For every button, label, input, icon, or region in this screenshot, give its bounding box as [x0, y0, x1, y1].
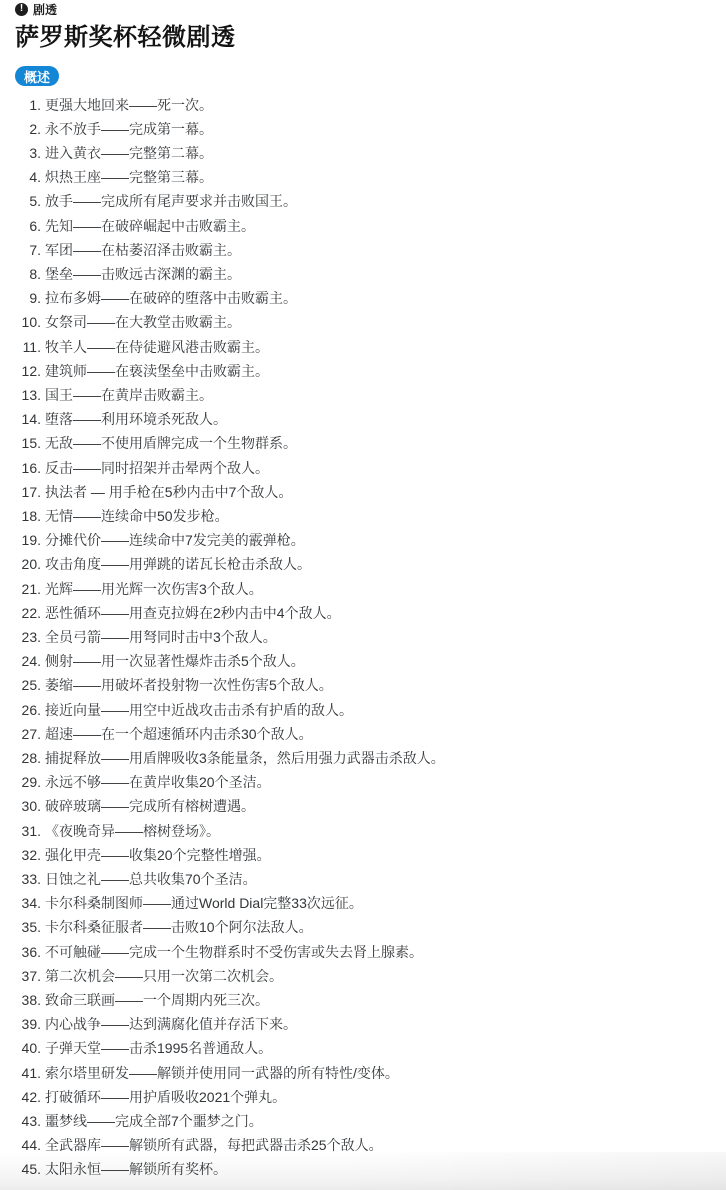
list-item-text: 第二次机会——只用一次第二次机会。	[45, 964, 711, 988]
list-item: 6.先知——在破碎崛起中击败霸主。	[15, 214, 711, 238]
list-item: 18.无情——连续命中50发步枪。	[15, 504, 711, 528]
list-item-text: 强化甲壳——收集20个完整性增强。	[45, 843, 711, 867]
list-item-text: 噩梦线——完成全部7个噩梦之门。	[45, 1109, 711, 1133]
list-item-text: 卡尔科桑征服者——击败10个阿尔法敌人。	[45, 915, 711, 939]
list-item-text: 致命三联画——一个周期内死三次。	[45, 988, 711, 1012]
list-item: 44.全武器库——解锁所有武器，每把武器击杀25个敌人。	[15, 1133, 711, 1157]
list-item-text: 不可触碰——完成一个生物群系时不受伤害或失去肾上腺素。	[45, 940, 711, 964]
list-item: 31.《夜晚奇异——榕树登场》。	[15, 819, 711, 843]
list-item: 38.致命三联画——一个周期内死三次。	[15, 988, 711, 1012]
list-item-text: 先知——在破碎崛起中击败霸主。	[45, 214, 711, 238]
list-item: 15.无敌——不使用盾牌完成一个生物群系。	[15, 431, 711, 455]
list-item: 24.侧射——用一次显著性爆炸击杀5个敌人。	[15, 649, 711, 673]
list-item-text: 子弹天堂——击杀1995名普通敌人。	[45, 1036, 711, 1060]
list-item-number: 36.	[15, 940, 41, 964]
list-item-text: 堡垒——击败远古深渊的霸主。	[45, 262, 711, 286]
list-item-text: 太阳永恒——解锁所有奖杯。	[45, 1157, 711, 1181]
list-item-number: 2.	[15, 117, 41, 141]
list-item: 13.国王——在黄岸击败霸主。	[15, 383, 711, 407]
list-item-text: 国王——在黄岸击败霸主。	[45, 383, 711, 407]
list-item: 22.恶性循环——用查克拉姆在2秒内击中4个敌人。	[15, 601, 711, 625]
list-item: 43.噩梦线——完成全部7个噩梦之门。	[15, 1109, 711, 1133]
list-item-text: 永远不够——在黄岸收集20个圣洁。	[45, 770, 711, 794]
list-item-text: 接近向量——用空中近战攻击击杀有护盾的敌人。	[45, 698, 711, 722]
list-item: 5.放手——完成所有尾声要求并击败国王。	[15, 189, 711, 213]
overview-badge: 概述	[15, 66, 59, 86]
list-item-text: 无敌——不使用盾牌完成一个生物群系。	[45, 431, 711, 455]
list-item-text: 放手——完成所有尾声要求并击败国王。	[45, 189, 711, 213]
list-item-number: 39.	[15, 1012, 41, 1036]
list-item-number: 35.	[15, 915, 41, 939]
list-item-number: 4.	[15, 165, 41, 189]
list-item-text: 牧羊人——在侍徒避风港击败霸主。	[45, 335, 711, 359]
list-item-number: 17.	[15, 480, 41, 504]
list-item: 17.执法者 — 用手枪在5秒内击中7个敌人。	[15, 480, 711, 504]
list-item: 39.内心战争——达到满腐化值并存活下来。	[15, 1012, 711, 1036]
list-item: 26.接近向量——用空中近战攻击击杀有护盾的敌人。	[15, 698, 711, 722]
list-item-number: 26.	[15, 698, 41, 722]
list-item: 23.全员弓箭——用弩同时击中3个敌人。	[15, 625, 711, 649]
list-item-number: 20.	[15, 552, 41, 576]
list-item-number: 8.	[15, 262, 41, 286]
list-item-text: 内心战争——达到满腐化值并存活下来。	[45, 1012, 711, 1036]
list-item-number: 9.	[15, 286, 41, 310]
list-item-number: 11.	[15, 335, 41, 359]
list-item: 11.牧羊人——在侍徒避风港击败霸主。	[15, 335, 711, 359]
list-item: 33.日蚀之礼——总共收集70个圣洁。	[15, 867, 711, 891]
list-item-text: 无情——连续命中50发步枪。	[45, 504, 711, 528]
list-item-text: 堕落——利用环境杀死敌人。	[45, 407, 711, 431]
list-item-text: 捕捉释放——用盾牌吸收3条能量条，然后用强力武器击杀敌人。	[45, 746, 711, 770]
list-item-text: 《夜晚奇异——榕树登场》。	[45, 819, 711, 843]
list-item-number: 14.	[15, 407, 41, 431]
list-item-number: 31.	[15, 819, 41, 843]
list-item-text: 女祭司——在大教堂击败霸主。	[45, 310, 711, 334]
list-item-text: 萎缩——用破坏者投射物一次性伤害5个敌人。	[45, 673, 711, 697]
list-item-text: 恶性循环——用查克拉姆在2秒内击中4个敌人。	[45, 601, 711, 625]
list-item-number: 10.	[15, 310, 41, 334]
list-item-number: 15.	[15, 431, 41, 455]
list-item-number: 32.	[15, 843, 41, 867]
list-item: 12.建筑师——在亵渎堡垒中击败霸主。	[15, 359, 711, 383]
list-item-number: 18.	[15, 504, 41, 528]
list-item-number: 44.	[15, 1133, 41, 1157]
list-item-number: 23.	[15, 625, 41, 649]
spoiler-tag: ! 剧透	[15, 2, 711, 16]
list-item: 14.堕落——利用环境杀死敌人。	[15, 407, 711, 431]
list-item-number: 12.	[15, 359, 41, 383]
list-item: 10.女祭司——在大教堂击败霸主。	[15, 310, 711, 334]
list-item: 3.进入黄衣——完整第二幕。	[15, 141, 711, 165]
list-item-text: 建筑师——在亵渎堡垒中击败霸主。	[45, 359, 711, 383]
list-item-text: 炽热王座——完整第三幕。	[45, 165, 711, 189]
page-title: 萨罗斯奖杯轻微剧透	[15, 23, 711, 53]
list-item-number: 1.	[15, 93, 41, 117]
list-item-number: 38.	[15, 988, 41, 1012]
list-item-text: 军团——在枯萎沼泽击败霸主。	[45, 238, 711, 262]
list-item-number: 16.	[15, 456, 41, 480]
list-item-text: 全员弓箭——用弩同时击中3个敌人。	[45, 625, 711, 649]
list-item-number: 45.	[15, 1157, 41, 1181]
list-item-number: 28.	[15, 746, 41, 770]
article-page: ! 剧透 萨罗斯奖杯轻微剧透 概述 1.更强大地回来——死一次。2.永不放手——…	[0, 0, 726, 1182]
list-item-text: 日蚀之礼——总共收集70个圣洁。	[45, 867, 711, 891]
list-item-text: 执法者 — 用手枪在5秒内击中7个敌人。	[45, 480, 711, 504]
list-item-number: 43.	[15, 1109, 41, 1133]
list-item: 40.子弹天堂——击杀1995名普通敌人。	[15, 1036, 711, 1060]
list-item-text: 光辉——用光辉一次伤害3个敌人。	[45, 577, 711, 601]
list-item: 30.破碎玻璃——完成所有榕树遭遇。	[15, 794, 711, 818]
list-item-text: 破碎玻璃——完成所有榕树遭遇。	[45, 794, 711, 818]
list-item-number: 22.	[15, 601, 41, 625]
list-item: 21.光辉——用光辉一次伤害3个敌人。	[15, 577, 711, 601]
list-item-number: 33.	[15, 867, 41, 891]
list-item: 9.拉布多姆——在破碎的堕落中击败霸主。	[15, 286, 711, 310]
trophy-list: 1.更强大地回来——死一次。2.永不放手——完成第一幕。3.进入黄衣——完整第二…	[15, 93, 711, 1182]
list-item-number: 30.	[15, 794, 41, 818]
list-item: 29.永远不够——在黄岸收集20个圣洁。	[15, 770, 711, 794]
list-item-text: 超速——在一个超速循环内击杀30个敌人。	[45, 722, 711, 746]
list-item-number: 42.	[15, 1085, 41, 1109]
list-item-number: 6.	[15, 214, 41, 238]
list-item-text: 永不放手——完成第一幕。	[45, 117, 711, 141]
list-item: 36.不可触碰——完成一个生物群系时不受伤害或失去肾上腺素。	[15, 940, 711, 964]
list-item: 16.反击——同时招架并击晕两个敌人。	[15, 456, 711, 480]
list-item: 42.打破循环——用护盾吸收2021个弹丸。	[15, 1085, 711, 1109]
list-item-text: 全武器库——解锁所有武器，每把武器击杀25个敌人。	[45, 1133, 711, 1157]
list-item: 37.第二次机会——只用一次第二次机会。	[15, 964, 711, 988]
list-item: 4.炽热王座——完整第三幕。	[15, 165, 711, 189]
list-item: 28.捕捉释放——用盾牌吸收3条能量条，然后用强力武器击杀敌人。	[15, 746, 711, 770]
list-item-text: 攻击角度——用弹跳的诺瓦长枪击杀敌人。	[45, 552, 711, 576]
spoiler-tag-label: 剧透	[33, 1, 57, 18]
list-item: 8.堡垒——击败远古深渊的霸主。	[15, 262, 711, 286]
list-item-number: 3.	[15, 141, 41, 165]
list-item-number: 37.	[15, 964, 41, 988]
list-item: 2.永不放手——完成第一幕。	[15, 117, 711, 141]
list-item-text: 打破循环——用护盾吸收2021个弹丸。	[45, 1085, 711, 1109]
list-item-number: 29.	[15, 770, 41, 794]
list-item-number: 21.	[15, 577, 41, 601]
list-item: 41.索尔塔里研发——解锁并使用同一武器的所有特性/变体。	[15, 1061, 711, 1085]
list-item-number: 24.	[15, 649, 41, 673]
list-item-text: 拉布多姆——在破碎的堕落中击败霸主。	[45, 286, 711, 310]
list-item: 34.卡尔科桑制图师——通过World Dial完整33次远征。	[15, 891, 711, 915]
list-item: 19.分摊代价——连续命中7发完美的霰弹枪。	[15, 528, 711, 552]
list-item-number: 40.	[15, 1036, 41, 1060]
list-item-text: 索尔塔里研发——解锁并使用同一武器的所有特性/变体。	[45, 1061, 711, 1085]
list-item: 25.萎缩——用破坏者投射物一次性伤害5个敌人。	[15, 673, 711, 697]
list-item-number: 27.	[15, 722, 41, 746]
list-item: 32.强化甲壳——收集20个完整性增强。	[15, 843, 711, 867]
list-item-text: 更强大地回来——死一次。	[45, 93, 711, 117]
list-item-text: 分摊代价——连续命中7发完美的霰弹枪。	[45, 528, 711, 552]
list-item-number: 25.	[15, 673, 41, 697]
list-item-text: 反击——同时招架并击晕两个敌人。	[45, 456, 711, 480]
list-item-text: 卡尔科桑制图师——通过World Dial完整33次远征。	[45, 891, 711, 915]
list-item-number: 7.	[15, 238, 41, 262]
list-item-number: 19.	[15, 528, 41, 552]
list-item-number: 13.	[15, 383, 41, 407]
list-item: 35.卡尔科桑征服者——击败10个阿尔法敌人。	[15, 915, 711, 939]
list-item-text: 进入黄衣——完整第二幕。	[45, 141, 711, 165]
list-item-number: 41.	[15, 1061, 41, 1085]
list-item: 45.太阳永恒——解锁所有奖杯。	[15, 1157, 711, 1181]
exclamation-circle-icon: !	[15, 3, 28, 16]
list-item: 20.攻击角度——用弹跳的诺瓦长枪击杀敌人。	[15, 552, 711, 576]
list-item: 7.军团——在枯萎沼泽击败霸主。	[15, 238, 711, 262]
list-item-text: 侧射——用一次显著性爆炸击杀5个敌人。	[45, 649, 711, 673]
list-item: 27.超速——在一个超速循环内击杀30个敌人。	[15, 722, 711, 746]
list-item-number: 34.	[15, 891, 41, 915]
list-item-number: 5.	[15, 189, 41, 213]
list-item: 1.更强大地回来——死一次。	[15, 93, 711, 117]
